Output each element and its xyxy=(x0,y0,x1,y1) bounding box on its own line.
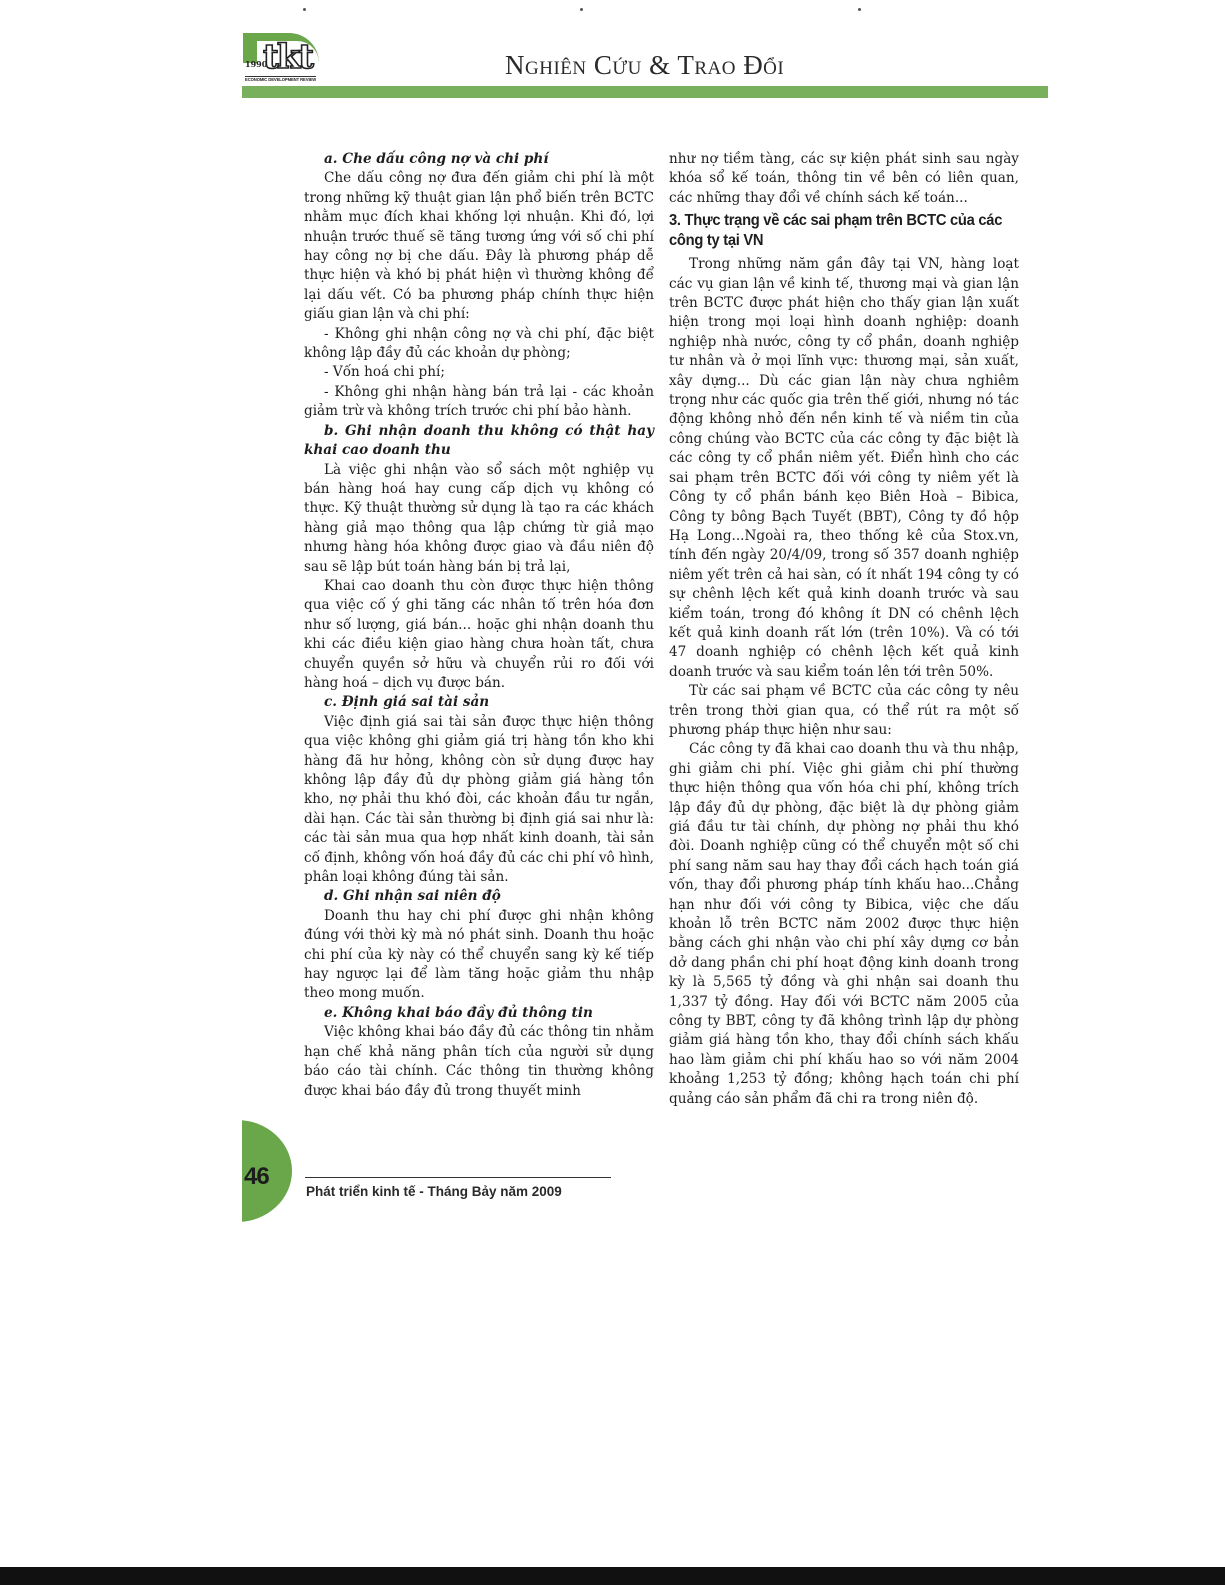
paragraph: Doanh thu hay chi phí được ghi nhận khôn… xyxy=(304,907,654,1004)
list-item: - Không ghi nhận công nợ và chi phí, đặc… xyxy=(304,325,654,364)
subheading-a: a. Che dấu công nợ và chi phí xyxy=(304,150,654,169)
paragraph-continued: như nợ tiềm tàng, các sự kiện phát sinh … xyxy=(669,150,1019,208)
paragraph: Việc định giá sai tài sản được thực hiện… xyxy=(304,713,654,888)
paragraph: Việc không khai báo đầy đủ các thông tin… xyxy=(304,1023,654,1101)
paragraph: Là việc ghi nhận vào sổ sách một nghiệp … xyxy=(304,461,654,577)
paragraph: Các công ty đã khai cao doanh thu và thu… xyxy=(669,740,1019,1109)
footer-rule xyxy=(305,1177,611,1178)
logo-tagline: ECONOMIC DEVELOPMENT REVIEW xyxy=(245,76,316,82)
list-item: - Vốn hoá chi phí; xyxy=(304,363,654,382)
paragraph: Che dấu công nợ đưa đến giảm chi phí là … xyxy=(304,169,654,324)
scan-artifact xyxy=(858,8,861,11)
publication-footer: Phát triển kinh tế - Tháng Bảy năm 2009 xyxy=(306,1184,562,1199)
left-column: a. Che dấu công nợ và chi phí Che dấu cô… xyxy=(304,150,654,1101)
subheading-e: e. Không khai báo đầy đủ thông tin xyxy=(304,1004,654,1023)
header-band xyxy=(242,86,1048,98)
scan-artifact xyxy=(303,8,306,11)
paragraph: Trong những năm gần đây tại VN, hàng loạ… xyxy=(669,255,1019,682)
paragraph: Từ các sai phạm về BCTC của các công ty … xyxy=(669,682,1019,740)
scan-artifact xyxy=(580,8,583,11)
page-number: 46 xyxy=(244,1163,269,1191)
subheading-b: b. Ghi nhận doanh thu không có thật hay … xyxy=(304,422,654,461)
paragraph: Khai cao doanh thu còn được thực hiện th… xyxy=(304,577,654,693)
logo-year: 1990 xyxy=(245,59,267,69)
subheading-c: c. Định giá sai tài sản xyxy=(304,693,654,712)
logo-letters: tkt xyxy=(263,37,312,77)
right-column: như nợ tiềm tàng, các sự kiện phát sinh … xyxy=(669,150,1019,1109)
list-item: - Không ghi nhận hàng bán trả lại - các … xyxy=(304,383,654,422)
magazine-logo: tkt 1990 ECONOMIC DEVELOPMENT REVIEW xyxy=(243,33,319,85)
section-title: Nghiên Cứu & Trao Đổi xyxy=(505,50,784,81)
section-heading-3: 3. Thực trạng về các sai phạm trên BCTC … xyxy=(669,211,1019,251)
scan-bottom-edge xyxy=(0,1567,1225,1585)
subheading-d: d. Ghi nhận sai niên độ xyxy=(304,887,654,906)
